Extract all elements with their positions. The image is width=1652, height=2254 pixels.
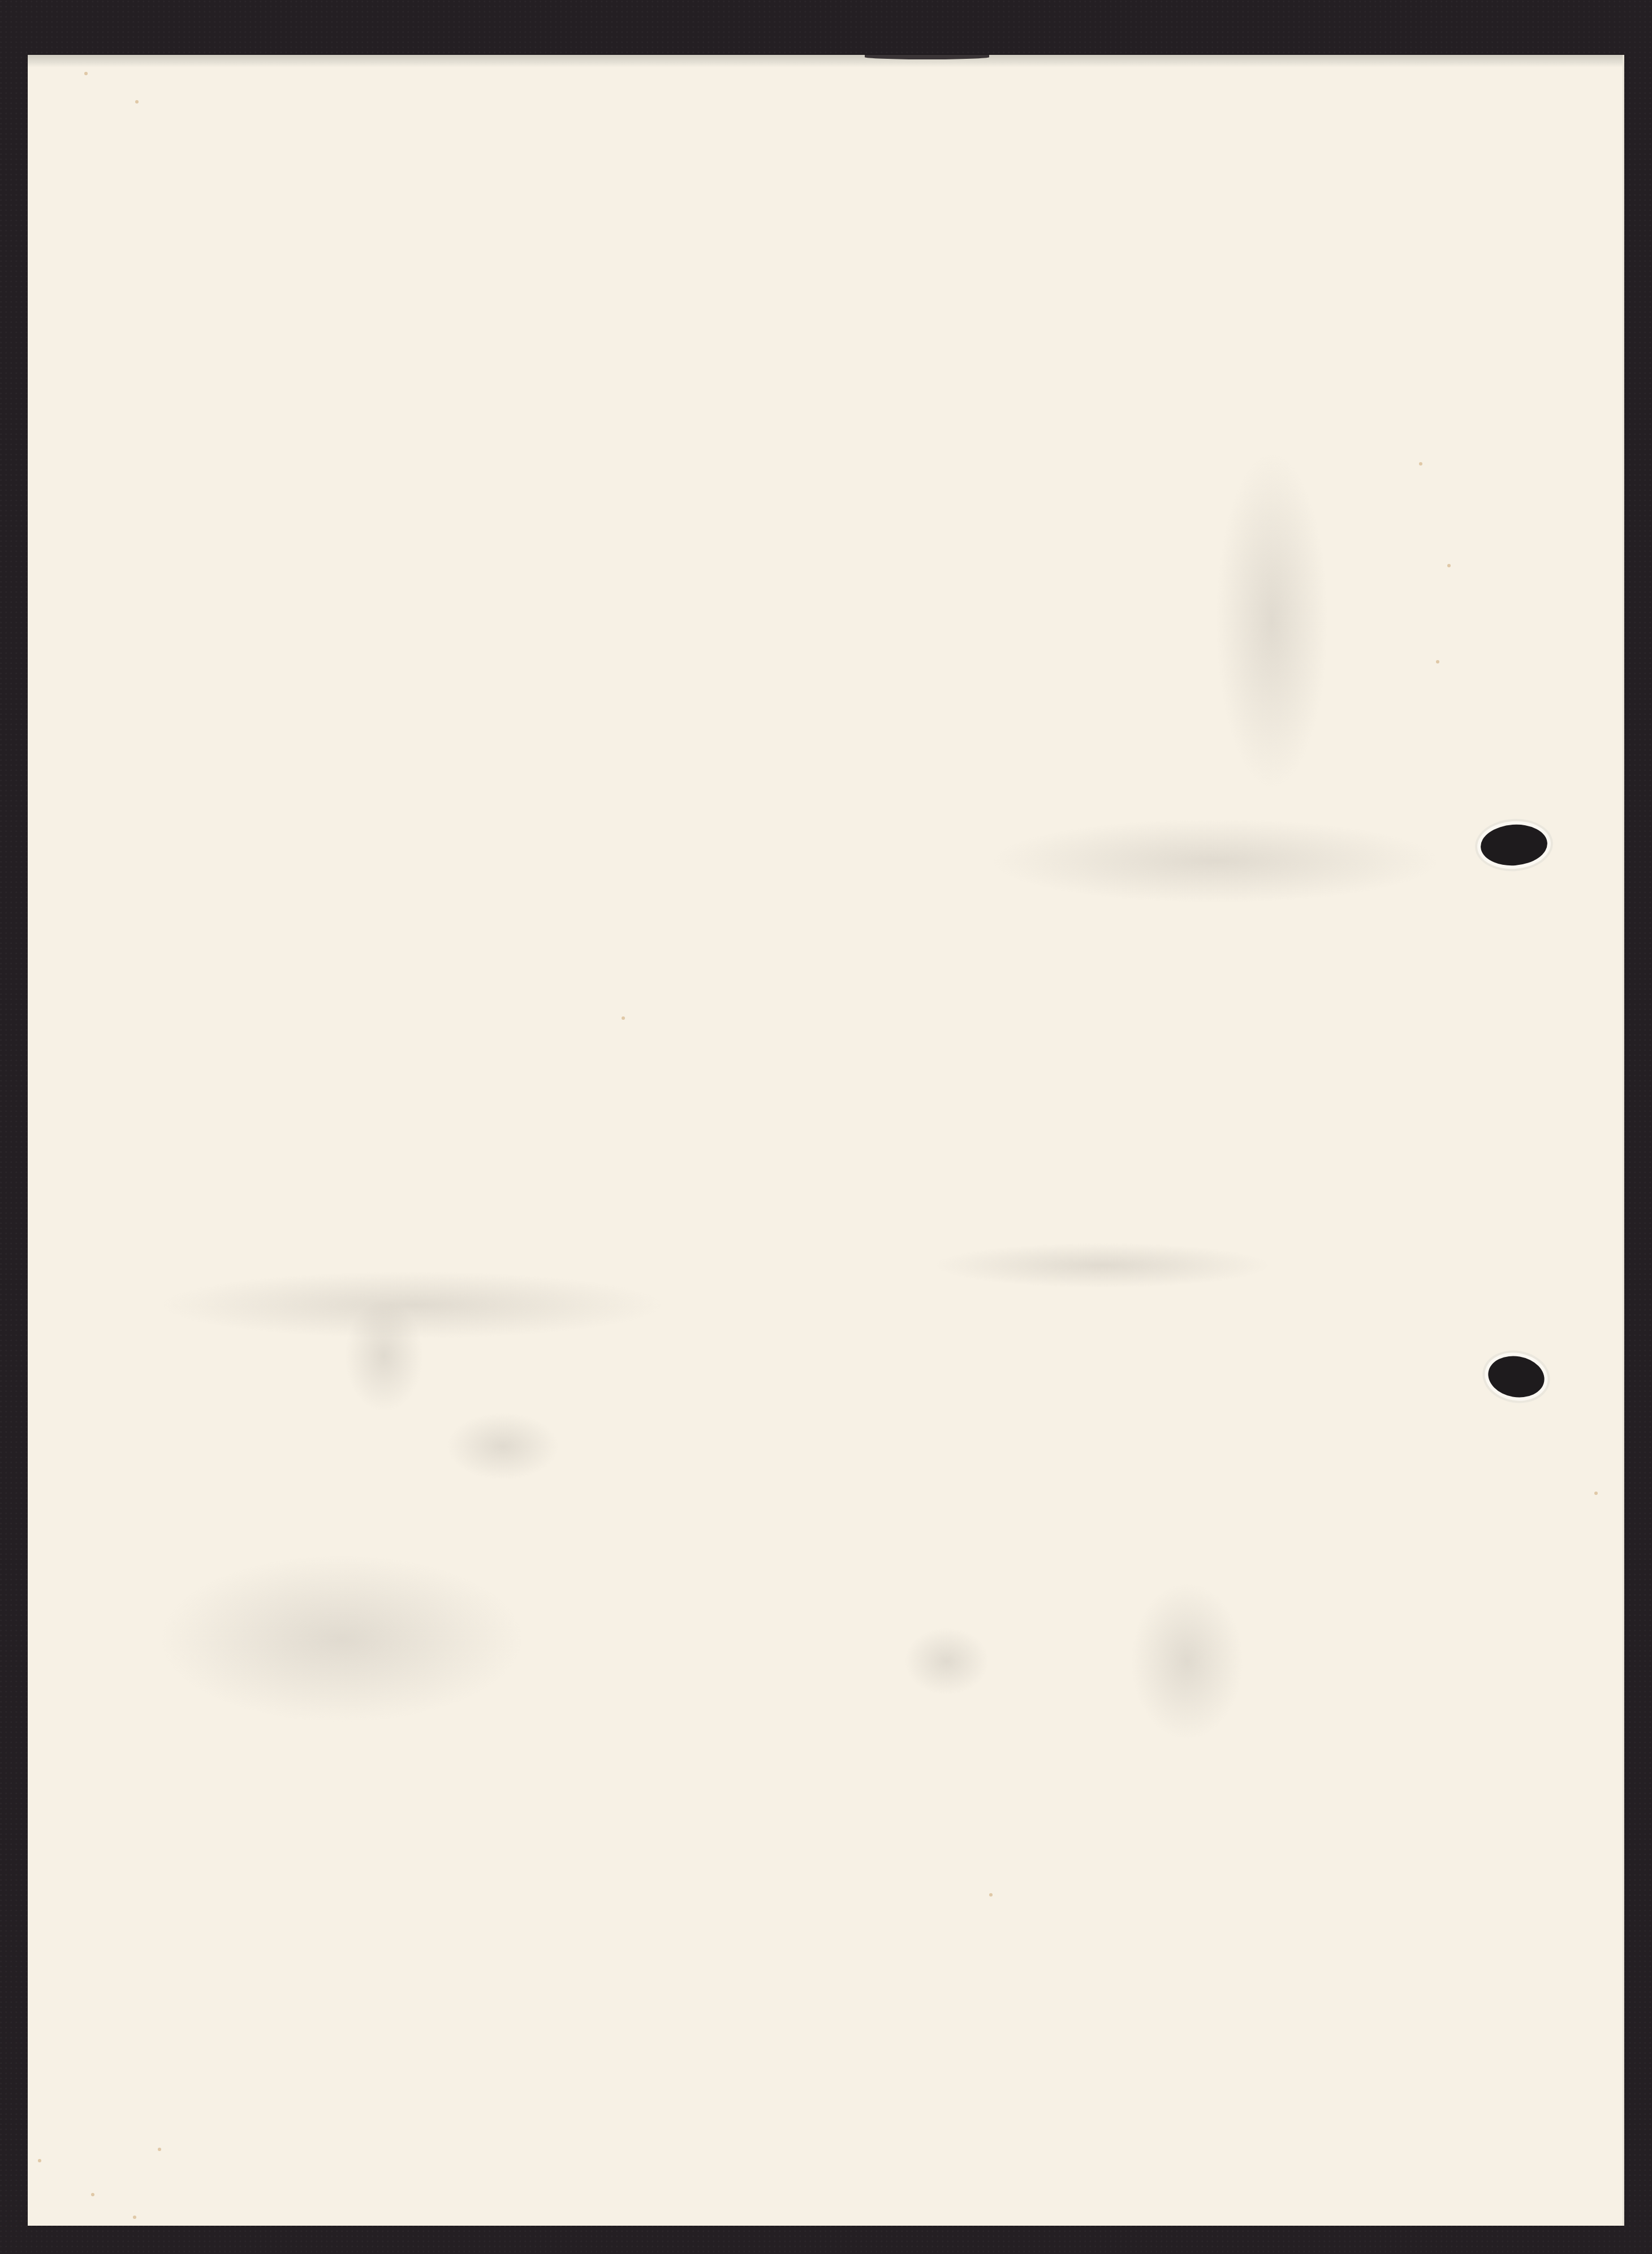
right-edge bbox=[1623, 55, 1624, 2226]
foxing-spot bbox=[1594, 1492, 1598, 1495]
top-edge-fold bbox=[28, 55, 1624, 67]
show-through-smudge bbox=[158, 1554, 525, 1723]
foxing-spot bbox=[91, 2193, 94, 2196]
paper-sheet bbox=[28, 55, 1624, 2226]
show-through-smudge bbox=[989, 818, 1442, 903]
show-through-smudge bbox=[1215, 451, 1328, 790]
foxing-spot bbox=[622, 1016, 625, 1020]
show-through-smudge bbox=[933, 1243, 1272, 1288]
show-through-smudge bbox=[904, 1627, 989, 1695]
top-edge-tear bbox=[865, 55, 989, 59]
foxing-spot bbox=[133, 2216, 136, 2219]
foxing-spot bbox=[84, 72, 88, 75]
foxing-spot bbox=[38, 2159, 41, 2162]
foxing-spot bbox=[1447, 564, 1451, 567]
show-through-smudge bbox=[1131, 1582, 1244, 1740]
foxing-spot bbox=[135, 100, 139, 104]
foxing-spot bbox=[158, 2148, 161, 2151]
show-through-smudge bbox=[344, 1299, 424, 1412]
foxing-spot bbox=[1419, 462, 1422, 466]
show-through-smudge bbox=[446, 1412, 559, 1480]
foxing-spot bbox=[1436, 660, 1439, 663]
foxing-spot bbox=[989, 1893, 993, 1897]
